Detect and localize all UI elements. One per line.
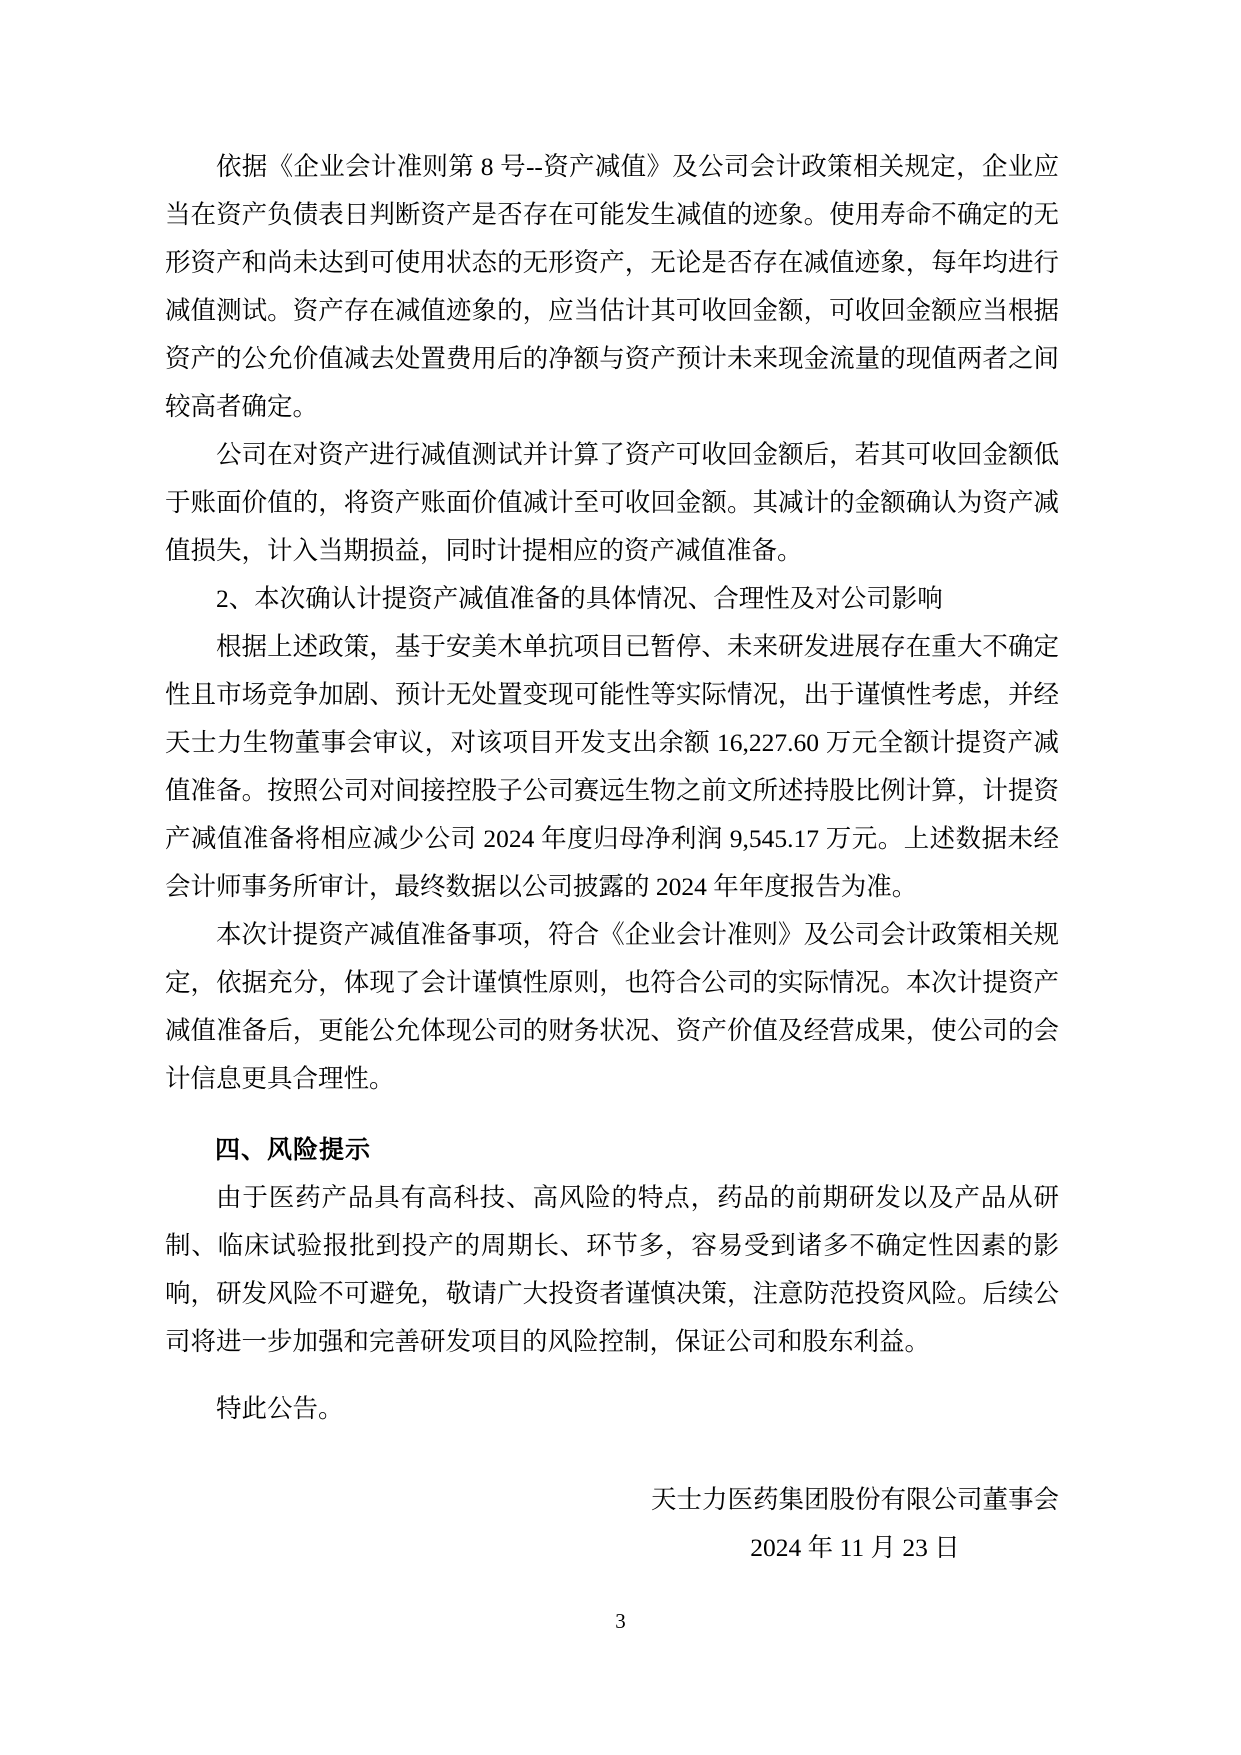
paragraph-impairment-test: 公司在对资产进行减值测试并计算了资产可收回金额后，若其可收回金额低于账面价值的，… [165, 431, 1059, 575]
paragraph-impairment-policy: 依据《企业会计准则第 8 号--资产减值》及公司会计政策相关规定，企业应当在资产… [165, 143, 1059, 431]
signature-block: 天士力医药集团股份有限公司董事会 2024 年 11 月 23 日 [165, 1476, 1059, 1572]
document-body: 依据《企业会计准则第 8 号--资产减值》及公司会计政策相关规定，企业应当在资产… [165, 143, 1059, 1572]
section-heading-risk-warning: 四、风险提示 [165, 1126, 1059, 1174]
document-page: 依据《企业会计准则第 8 号--资产减值》及公司会计政策相关规定，企业应当在资产… [0, 0, 1241, 1755]
signature-company-name: 天士力医药集团股份有限公司董事会 [651, 1476, 1059, 1524]
signature-inner: 天士力医药集团股份有限公司董事会 2024 年 11 月 23 日 [651, 1476, 1059, 1572]
page-number: 3 [0, 1608, 1241, 1634]
paragraph-provision-amounts: 根据上述政策，基于安美木单抗项目已暂停、未来研发进展存在重大不确定性且市场竞争加… [165, 623, 1059, 911]
paragraph-provision-rationale: 本次计提资产减值准备事项，符合《企业会计准则》及公司会计政策相关规定，依据充分，… [165, 911, 1059, 1103]
signature-date: 2024 年 11 月 23 日 [651, 1524, 1059, 1572]
subheading-provision-details: 2、本次确认计提资产减值准备的具体情况、合理性及对公司影响 [165, 575, 1059, 623]
paragraph-risk-warning: 由于医药产品具有高科技、高风险的特点，药品的前期研发以及产品从研制、临床试验报批… [165, 1174, 1059, 1366]
paragraph-closing-announcement: 特此公告。 [165, 1385, 1059, 1433]
